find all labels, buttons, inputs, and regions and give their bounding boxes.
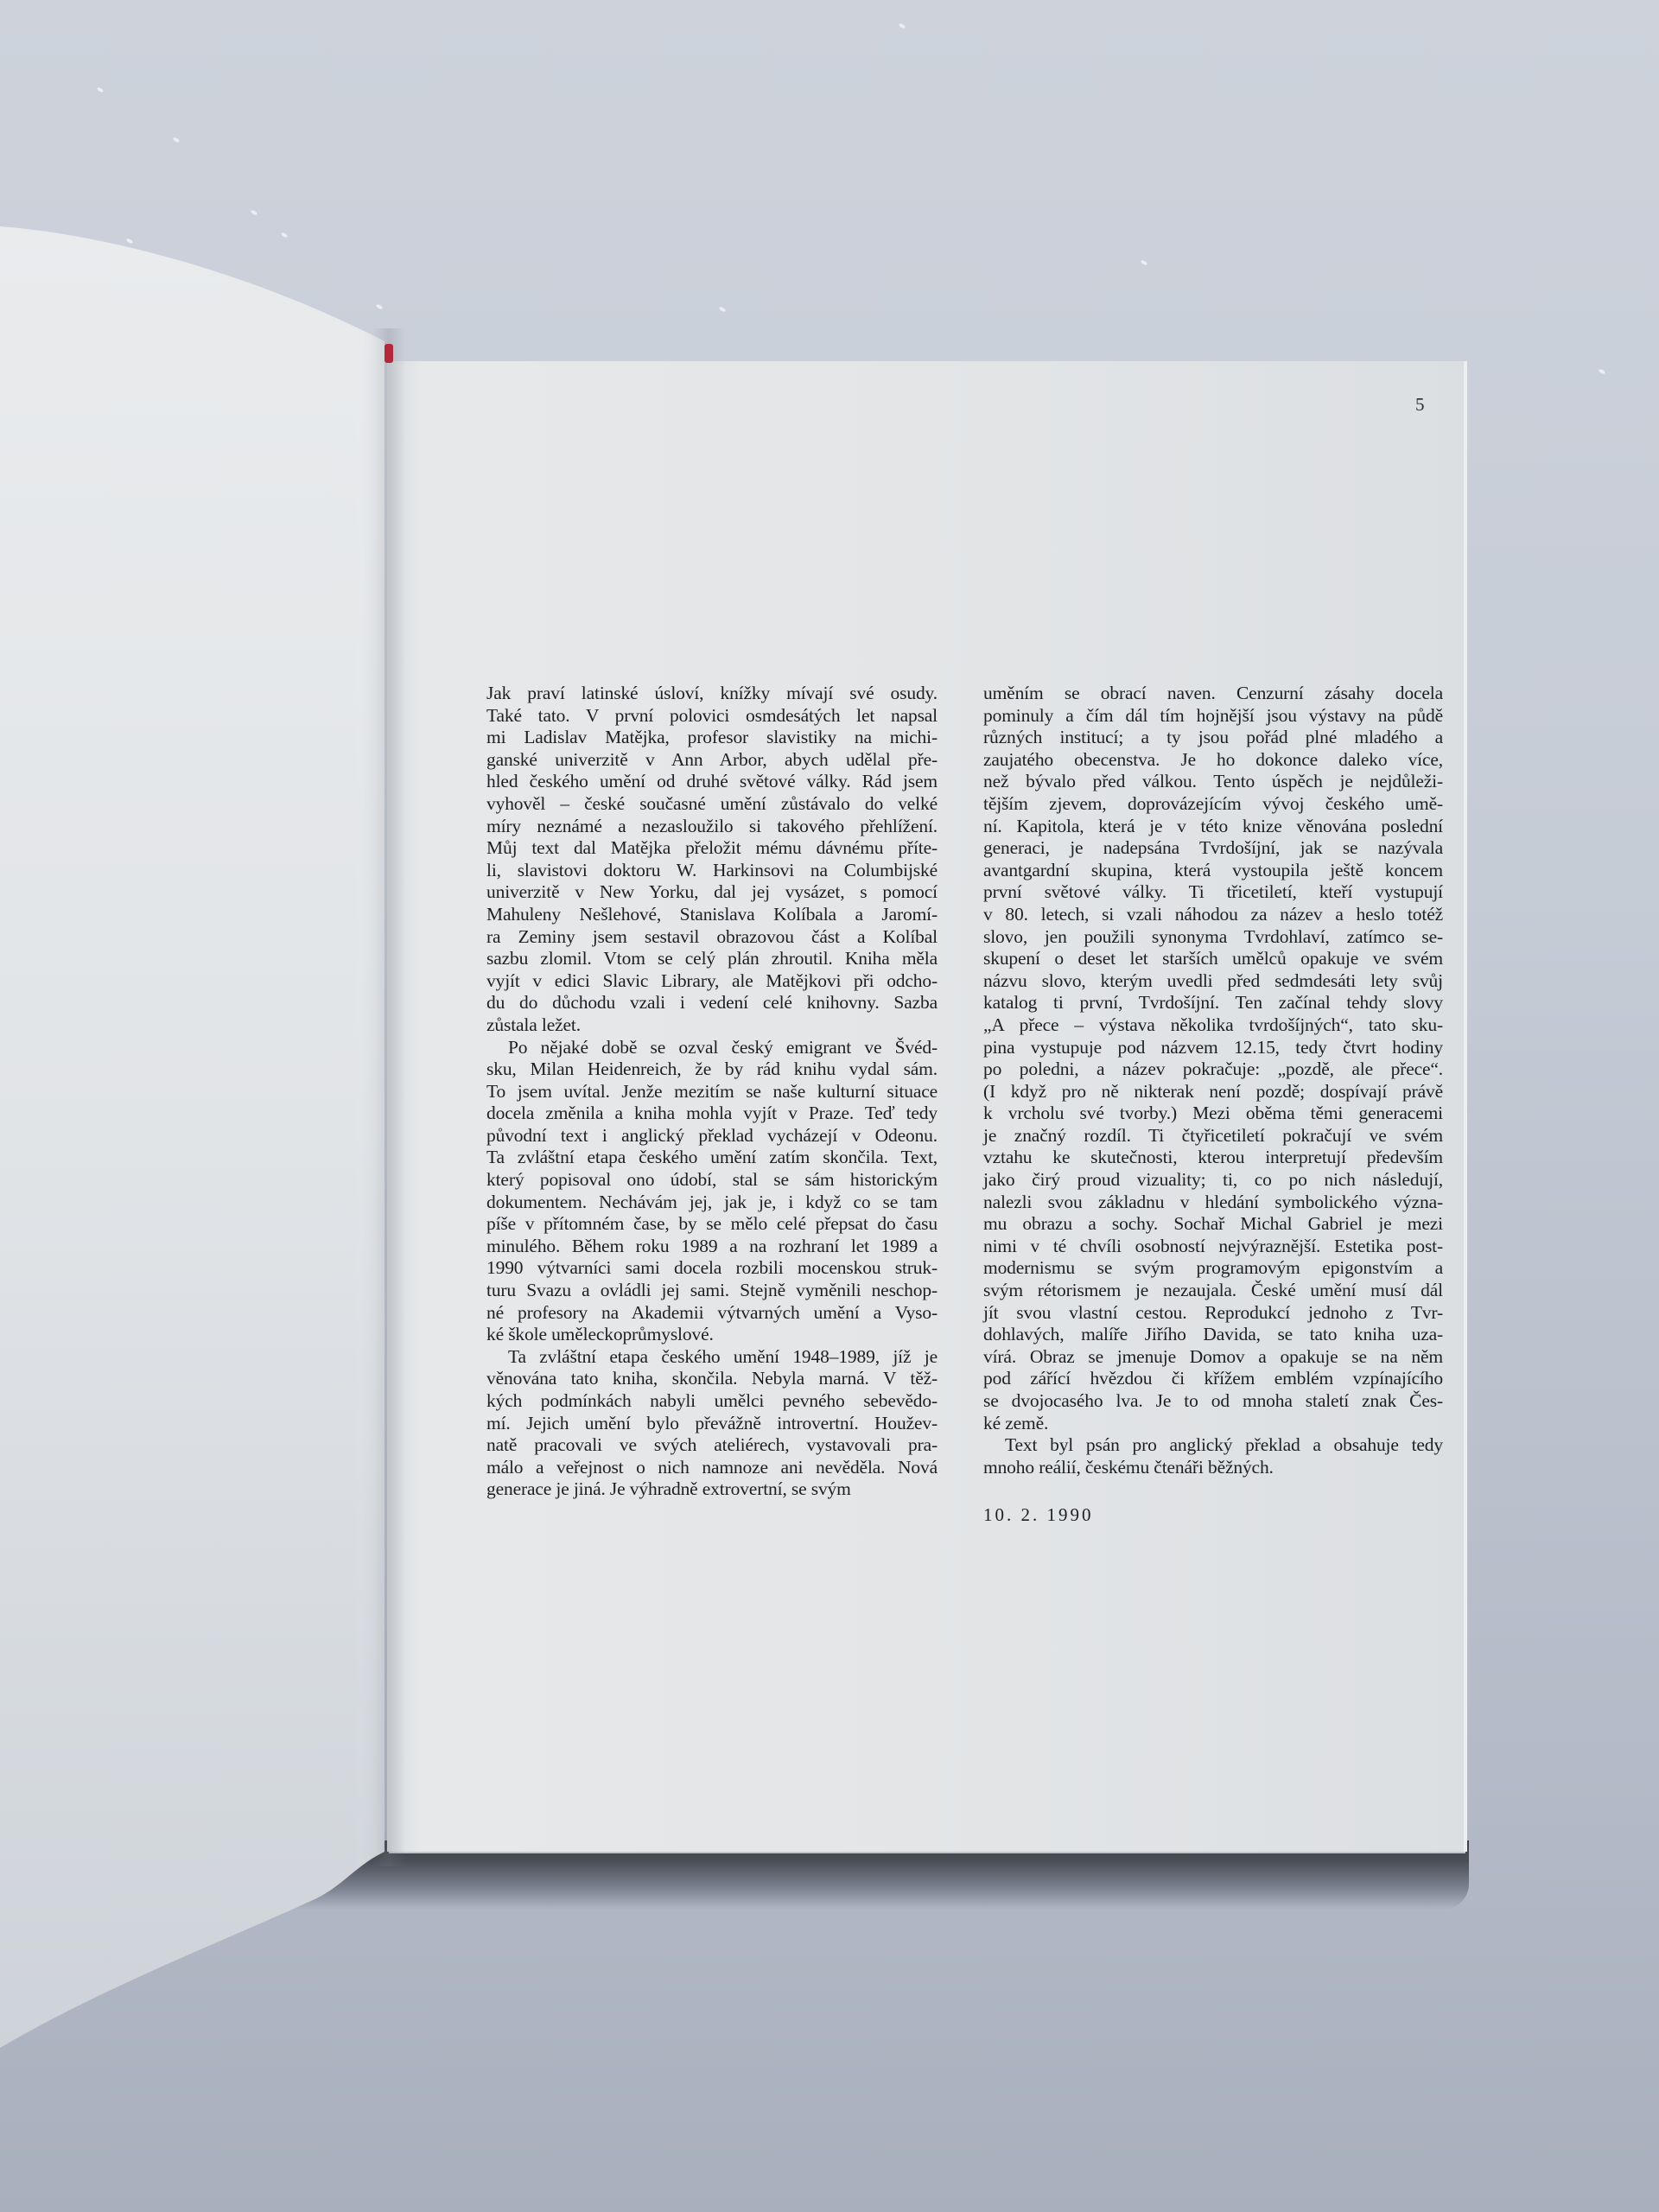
- text-line: dokumentem. Nechávám jej, jak je, i když…: [486, 1192, 938, 1214]
- text-line: avantgardní skupina, která vystoupila je…: [983, 860, 1443, 882]
- text-line: tějším zjevem, doprovázejícím vývoj česk…: [983, 793, 1443, 816]
- text-line: uměním se obrací naven. Cenzurní zásahy …: [983, 683, 1443, 705]
- speck: [281, 232, 289, 238]
- text-line: píše v přítomném čase, by se mělo celé p…: [486, 1213, 938, 1236]
- text-line: skupení o deset let starších umělců opak…: [983, 948, 1443, 970]
- speck: [251, 209, 258, 215]
- text-column-right: uměním se obrací naven. Cenzurní zásahy …: [983, 683, 1443, 1527]
- text-line: né profesory na Akademii výtvarných uměn…: [486, 1302, 938, 1325]
- text-line: jako čirý proud vizuality; ti, co po nic…: [983, 1169, 1443, 1192]
- text-line: ké země.: [983, 1413, 1443, 1435]
- text-line: svým rétorismem je nezaujala. České uměn…: [983, 1280, 1443, 1302]
- text-line: ra Zeminy jsem sestavil obrazovou část a…: [486, 926, 938, 949]
- page-edge: [1464, 361, 1467, 1852]
- text-line: du do důchodu vzali i vedení celé knihov…: [486, 992, 938, 1014]
- text-line: vyhověl – české současné umění zůstávalo…: [486, 793, 938, 816]
- text-line: původní text i anglický překlad vycházej…: [486, 1125, 938, 1147]
- text-line: slovo, jen použili synonyma Tvrdohlaví, …: [983, 926, 1443, 949]
- text-line: nimi v té chvíli osobností nejvýraznější…: [983, 1236, 1443, 1258]
- text-line: Mahuleny Nešlehové, Stanislava Kolíbala …: [486, 904, 938, 926]
- text-line: v 80. letech, si vzali náhodou za název …: [983, 904, 1443, 926]
- text-line: mí. Jejich umění bylo převážně introvert…: [486, 1413, 938, 1435]
- text-line: Po nějaké době se ozval český emigrant v…: [486, 1037, 938, 1059]
- text-line: názvu slovo, kterým uvedli před sedmdesá…: [983, 970, 1443, 993]
- speck: [899, 22, 906, 29]
- text-line: věnována tato kniha, skončila. Nebyla ma…: [486, 1368, 938, 1390]
- text-line: mnoho reálií, českému čtenáři běžných.: [983, 1457, 1443, 1479]
- text-line: Jak praví latinské úsloví, knížky mívají…: [486, 683, 938, 705]
- text-line: mu obrazu a sochy. Sochař Michal Gabriel…: [983, 1213, 1443, 1236]
- text-line: po poledni, a název pokračuje: „pozdě, a…: [983, 1058, 1443, 1081]
- text-line: míry neznámé a nezasloužilo si takového …: [486, 816, 938, 838]
- speck: [97, 86, 105, 92]
- speck: [1599, 368, 1606, 374]
- text-line: který popisoval ono údobí, stal se sám h…: [486, 1169, 938, 1192]
- text-line: vyjít v edici Slavic Library, ale Matějk…: [486, 970, 938, 993]
- text-line: nalezli svou základnu v hledání symbolic…: [983, 1192, 1443, 1214]
- text-line: Text byl psán pro anglický překlad a obs…: [983, 1434, 1443, 1457]
- speck: [1141, 259, 1148, 265]
- text-line: jít svou vlastní cestou. Reprodukcí jedn…: [983, 1302, 1443, 1325]
- text-line: sku, Milan Heidenreich, že by rád knihu …: [486, 1058, 938, 1081]
- speck: [719, 306, 727, 312]
- text-column-left: Jak praví latinské úsloví, knížky mívají…: [486, 683, 938, 1501]
- text-line: vírá. Obraz se jmenuje Domov a opakuje s…: [983, 1346, 1443, 1369]
- date-line: 10. 2. 1990: [983, 1504, 1443, 1527]
- text-line: (I když pro ně nikterak není pozdě; dosp…: [983, 1081, 1443, 1103]
- text-line: se dvojocasého lva. Je to od mnoha stale…: [983, 1390, 1443, 1413]
- text-line: minulého. Během roku 1989 a na rozhraní …: [486, 1236, 938, 1258]
- text-line: vztahu ke skutečnosti, kterou interpretu…: [983, 1147, 1443, 1169]
- text-line: pina vystupuje pod názvem 12.15, tedy čt…: [983, 1037, 1443, 1059]
- text-line: Ta zvláštní etapa českého umění 1948–198…: [486, 1346, 938, 1369]
- text-line: je značný rozdíl. Ti čtyřicetiletí pokra…: [983, 1125, 1443, 1147]
- bookmark-ribbon: [385, 344, 393, 363]
- text-line: natě pracovali ve svých ateliérech, vyst…: [486, 1434, 938, 1457]
- text-line: turu Svazu a ovládli jej sami. Stejně vy…: [486, 1280, 938, 1302]
- text-line: zůstala ležet.: [486, 1014, 938, 1037]
- page-number: 5: [1415, 394, 1425, 416]
- text-line: než bývalo před válkou. Tento úspěch je …: [983, 771, 1443, 793]
- text-line: k vrcholu své tvorby.) Mezi oběma těmi g…: [983, 1103, 1443, 1125]
- speck: [173, 137, 181, 143]
- text-line: „A přece – výstava několika tvrdošíjných…: [983, 1014, 1443, 1037]
- text-line: generace je jiná. Je výhradně extrovertn…: [486, 1478, 938, 1501]
- text-line: hled českého umění od druhé světové válk…: [486, 771, 938, 793]
- spine-shadow: [372, 328, 406, 1866]
- text-line: pominuly a čím dál tím hojnější jsou výs…: [983, 705, 1443, 728]
- text-line: ké škole uměleckoprůmyslové.: [486, 1324, 938, 1346]
- text-line: Ta zvláštní etapa českého umění zatím sk…: [486, 1147, 938, 1169]
- text-line: ganské univerzitě v Ann Arbor, abych udě…: [486, 749, 938, 772]
- text-line: Můj text dal Matějka přeložit mému dávné…: [486, 837, 938, 860]
- text-line: generaci, je nadepsána Tvrdošíjní, jak s…: [983, 837, 1443, 860]
- book-page-right: 5 Jak praví latinské úsloví, knížky míva…: [387, 361, 1464, 1852]
- text-line: To jsem uvítal. Jenže mezitím se naše ku…: [486, 1081, 938, 1103]
- text-line: modernismu se svým programovým epigonstv…: [983, 1257, 1443, 1280]
- text-line: docela změnila a kniha mohla vyjít v Pra…: [486, 1103, 938, 1125]
- text-line: kých podmínkách nabyli umělci pevného se…: [486, 1390, 938, 1413]
- text-line: li, slavistovi doktoru W. Harkinsovi na …: [486, 860, 938, 882]
- text-line: univerzitě v New Yorku, dal jej vysázet,…: [486, 881, 938, 904]
- text-line: zaujatého obecenstva. Je ho dokonce dale…: [983, 749, 1443, 772]
- text-line: dohlavých, malíře Jiřího Davida, se tato…: [983, 1324, 1443, 1346]
- text-line: různých institucí; a ty jsou pořád plné …: [983, 727, 1443, 749]
- speck: [126, 238, 134, 244]
- text-line: málo a veřejnost o nich namnoze ani nevě…: [486, 1457, 938, 1479]
- text-line: sazbu zlomil. Vtom se celý plán zhroutil…: [486, 948, 938, 970]
- text-line: Také tato. V první polovici osmdesátých …: [486, 705, 938, 728]
- speck: [376, 303, 384, 309]
- text-line: katalog ti první, Tvrdošíjní. Ten začína…: [983, 992, 1443, 1014]
- text-line: pod zářící hvězdou či křížem emblém vzpí…: [983, 1368, 1443, 1390]
- text-line: mi Ladislav Matějka, profesor slavistiky…: [486, 727, 938, 749]
- text-line: první světové války. Ti třicetiletí, kte…: [983, 881, 1443, 904]
- text-line: 1990 výtvarníci sami docela rozbili moce…: [486, 1257, 938, 1280]
- text-line: ní. Kapitola, která je v této knize věno…: [983, 816, 1443, 838]
